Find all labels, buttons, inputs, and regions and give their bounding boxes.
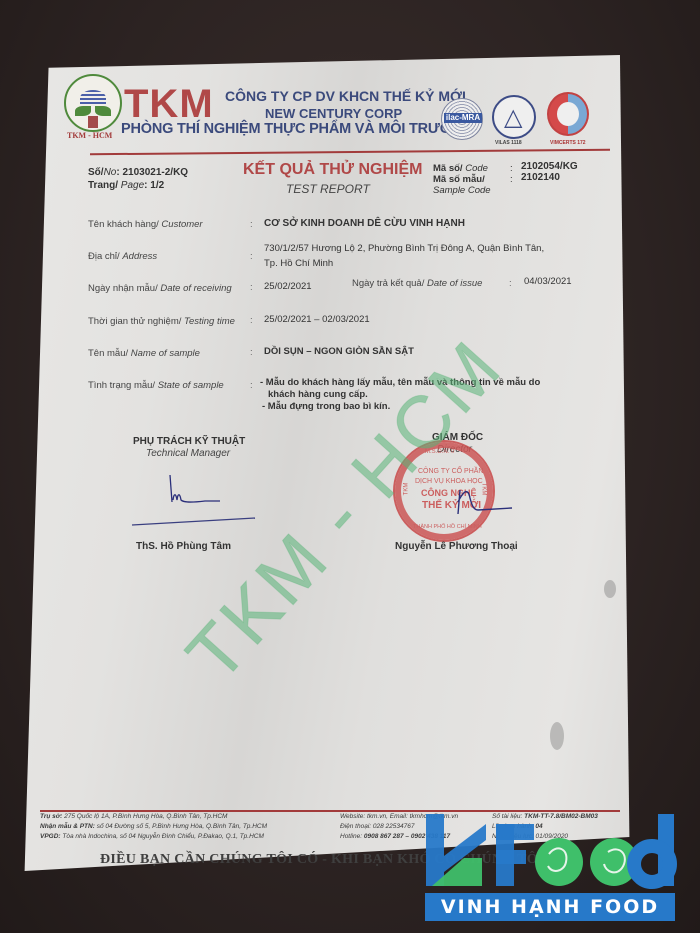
vinh-hanh-food-banner: VINH HẠNH FOOD xyxy=(425,893,675,921)
colon: : xyxy=(250,282,253,293)
sample-state-line2: khách hàng cung cấp. xyxy=(268,389,368,400)
report-subtitle: TEST REPORT xyxy=(286,182,370,196)
colon: : xyxy=(250,219,253,230)
company-name-en: NEW CENTURY CORP xyxy=(265,106,402,121)
paper-stain xyxy=(550,722,564,750)
paper-stain xyxy=(604,580,616,598)
date-issue-label: Ngày trả kết quả/ Date of issue xyxy=(352,278,482,289)
sample-name-label: Tên mẫu/ Name of sample xyxy=(88,348,200,359)
code-colons: :: xyxy=(510,163,513,185)
sample-name-value: DỒI SỤN – NGON GIÒN SẦN SẬT xyxy=(264,346,414,357)
vimcerts-icon xyxy=(547,92,589,136)
lab-name: PHÒNG THÍ NGHIỆM THỰC PHẨM VÀ MÔI TRƯỜNG xyxy=(121,121,473,137)
testing-time-label: Thời gian thử nghiệm/ Testing time xyxy=(88,316,235,327)
colon: : xyxy=(509,278,512,289)
logo-subtitle: TKM - HCM xyxy=(67,131,112,140)
sample-state-label: Tình trạng mẫu/ State of sample xyxy=(88,380,224,391)
testing-time-value: 25/02/2021 – 02/03/2021 xyxy=(264,314,370,325)
report-title: KẾT QUẢ THỬ NGHIỆM xyxy=(243,161,423,179)
technical-manager-subtitle: Technical Manager xyxy=(146,448,230,459)
date-receiving-label: Ngày nhận mẫu/ Date of receiving xyxy=(88,283,232,294)
footer-addresses: Trụ sở: 275 Quốc lộ 1A, P.Bình Hưng Hòa,… xyxy=(40,812,267,842)
page-number: Trang/ Page: 1/2 xyxy=(88,180,164,191)
report-number: Số/No: 2103021-2/KQ xyxy=(88,167,188,178)
vilas-label: VILAS 1118 xyxy=(495,140,522,146)
colon: : xyxy=(250,251,253,262)
technical-manager-name: ThS. Hồ Phùng Tâm xyxy=(136,541,231,552)
customer-label: Tên khách hàng/ Customer xyxy=(88,219,203,230)
technical-manager-signature-icon xyxy=(130,470,260,530)
tkm-logo-icon xyxy=(64,74,122,132)
address-label: Địa chỉ/ Address xyxy=(88,251,157,262)
vinh-hanh-food-logo-icon xyxy=(424,814,684,894)
boa-accreditation-icon xyxy=(492,95,536,139)
colon: : xyxy=(250,380,253,391)
technical-manager-title: PHỤ TRÁCH KỸ THUẬT xyxy=(133,436,245,447)
sample-state-line3: - Mẫu đựng trong bao bì kín. xyxy=(262,401,390,412)
sample-code-value: 2102140 xyxy=(521,172,578,183)
code-value: 2102054/KG xyxy=(521,161,578,172)
date-issue-value: 04/03/2021 xyxy=(524,276,572,287)
director-name: Nguyễn Lê Phương Thoại xyxy=(395,541,518,552)
code-values: 2102054/KG 2102140 xyxy=(521,161,578,183)
ilac-mra-icon: ilac-MRA xyxy=(441,98,483,140)
date-receiving-value: 25/02/2021 xyxy=(264,281,312,292)
address-line1: 730/1/2/57 Hương Lộ 2, Phường Bình Trị Đ… xyxy=(264,243,544,254)
company-name-vn: CÔNG TY CP DV KHCN THẾ KỶ MỚI xyxy=(225,88,466,104)
address-line2: Tp. Hồ Chí Minh xyxy=(264,258,333,269)
director-signature-icon xyxy=(440,480,540,520)
code-labels: Mã số/ Code Mã số mẫu/ Sample Code xyxy=(433,163,491,196)
customer-value: CƠ SỞ KINH DOANH DÊ CỪU VINH HẠNH xyxy=(264,218,465,229)
colon: : xyxy=(250,315,253,326)
vimcerts-label: VIMCERTS 172 xyxy=(550,140,586,146)
colon: : xyxy=(250,347,253,358)
